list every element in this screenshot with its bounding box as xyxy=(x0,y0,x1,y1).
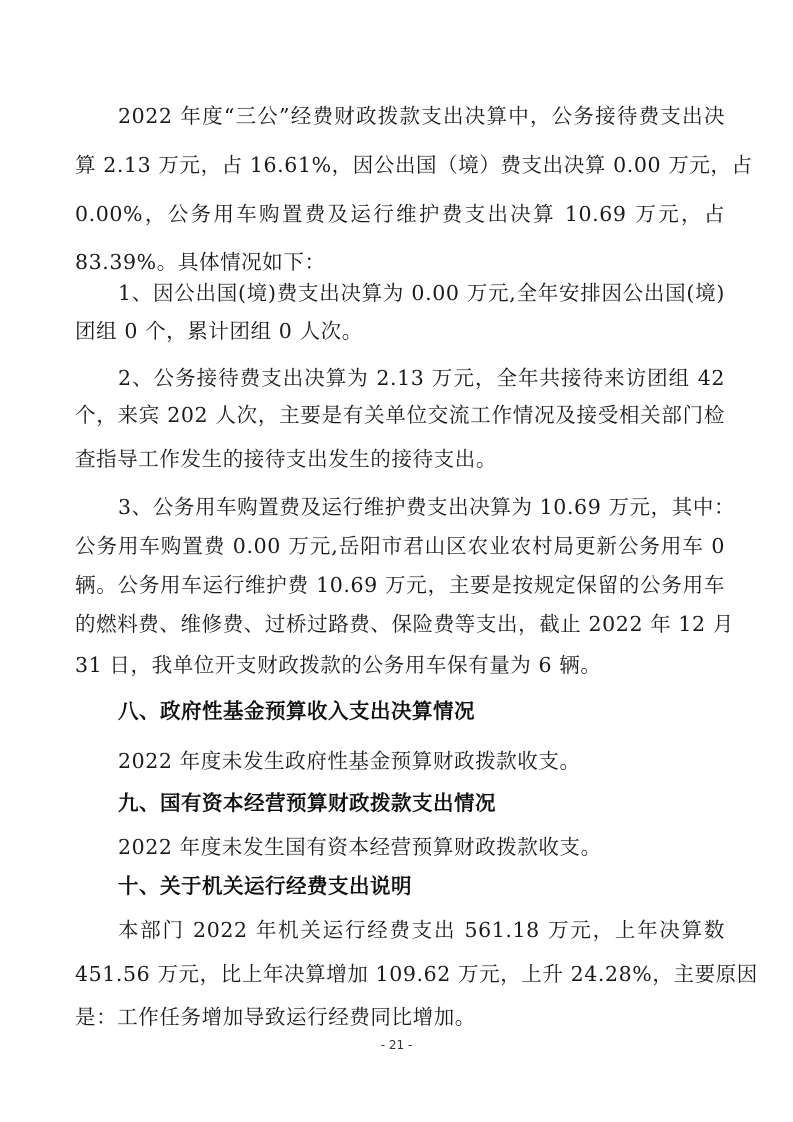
text-line: 3、公务用车购置费及运行维护费支出决算为 10.69 万元，其中： xyxy=(118,493,725,521)
text-line: 是：工作任务增加导致运行经费同比增加。 xyxy=(75,1003,725,1031)
document-page: 2022 年度“三公”经费财政拨款支出决算中，公务接待费支出决 算 2.13 万… xyxy=(0,0,793,1122)
text-line: 个，来宾 202 人次，主要是有关单位交流工作情况及接受相关部门检 xyxy=(75,401,725,429)
text-line: 的燃料费、维修费、过桥过路费、保险费等支出，截止 2022 年 12 月 xyxy=(75,610,725,638)
section-heading-9: 九、国有资本经营预算财政拨款支出情况 xyxy=(118,789,496,817)
section-heading-8: 八、政府性基金预算收入支出决算情况 xyxy=(118,697,475,725)
text-line: 团组 0 个，累计团组 0 人次。 xyxy=(75,317,725,345)
text-line: 本部门 2022 年机关运行经费支出 561.18 万元，上年决算数 xyxy=(118,916,725,944)
text-line: 查指导工作发生的接待支出发生的接待支出。 xyxy=(75,445,725,473)
text-line: 2022 年度“三公”经费财政拨款支出决算中，公务接待费支出决 xyxy=(118,102,725,130)
text-line: 451.56 万元，比上年决算增加 109.62 万元，上升 24.28%，主要… xyxy=(75,960,725,988)
text-line: 0.00%，公务用车购置费及运行维护费支出决算 10.69 万元，占 xyxy=(75,200,725,228)
text-line: 31 日，我单位开支财政拨款的公务用车保有量为 6 辆。 xyxy=(75,651,725,679)
text-line: 公务用车购置费 0.00 万元,岳阳市君山区农业农村局更新公务用车 0 xyxy=(75,532,725,560)
text-line: 2、公务接待费支出决算为 2.13 万元，全年共接待来访团组 42 xyxy=(118,364,725,392)
section-heading-10: 十、关于机关运行经费支出说明 xyxy=(118,872,412,900)
section-8-body: 2022 年度未发生政府性基金预算财政拨款收支。 xyxy=(118,747,581,775)
section-9-body: 2022 年度未发生国有资本经营预算财政拨款收支。 xyxy=(118,833,602,861)
text-line: 1、因公出国(境)费支出决算为 0.00 万元,全年安排因公出国(境) xyxy=(118,279,725,307)
text-line: 算 2.13 万元，占 16.61%，因公出国（境）费支出决算 0.00 万元，… xyxy=(75,151,725,179)
page-number: - 21 - xyxy=(0,1038,793,1052)
text-line: 83.39%。具体情况如下： xyxy=(75,248,725,276)
text-line: 辆。公务用车运行维护费 10.69 万元，主要是按规定保留的公务用车 xyxy=(75,571,725,599)
